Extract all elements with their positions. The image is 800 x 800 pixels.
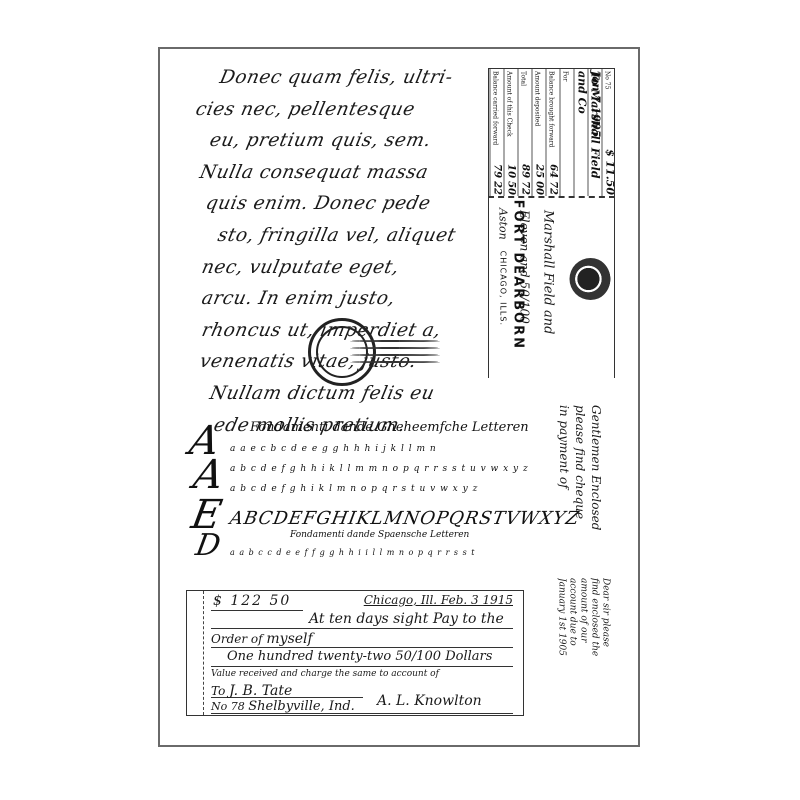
- ticket-bank-name: FORT DEARBORN: [510, 200, 525, 350]
- letter-line: cies nec, pellentesque: [189, 94, 486, 126]
- receipt-for-label: For: [561, 71, 568, 81]
- vertical-script-note: Gentlemen Enclosed please find cheque in…: [540, 405, 620, 565]
- letter-line: quis enim. Donec pede: [189, 188, 486, 220]
- bank-ticket: Marshall Field and Eleven and 50/100 Ast…: [488, 198, 615, 378]
- check-terms: At ten days sight Pay to the: [309, 611, 504, 627]
- specimen-row: a b c d e f g h h i k l l m m n o p q r …: [230, 464, 529, 474]
- receipt-dollars: $ 11.50: [603, 149, 615, 195]
- bank-seal-icon: [569, 258, 611, 300]
- ticket-payee: Marshall Field and: [540, 210, 555, 334]
- receipt-row: Balance carried forward 7922: [489, 68, 503, 198]
- ticket-city: CHICAGO, ILLS.: [498, 251, 507, 326]
- check-amount: $ 122 50: [213, 593, 291, 609]
- letter-line: Donec quam felis, ultri-: [189, 62, 486, 94]
- check-value-line: Value received and charge the same to ac…: [211, 669, 439, 679]
- letter-line: nec, vulputate eget,: [189, 252, 486, 284]
- check-amount-words: One hundred twenty-two 50/100 Dollars: [227, 649, 492, 664]
- receipt-row: Balance brought forward 6472: [545, 68, 559, 198]
- receipt-row: Amount deposited 2500: [531, 68, 545, 198]
- letter-line: sto, fringilla vel, aliquet: [189, 220, 486, 252]
- check-signature: A. L. Knowlton: [377, 693, 482, 709]
- specimen-row: a b c d e f g h i k l m n o p q r s t u …: [230, 484, 478, 494]
- check-place-date: Chicago, Ill. Feb. 3 1915: [364, 593, 513, 607]
- receipt-to: To Marshall Field and Co: [575, 71, 601, 195]
- specimen-subtitle: Fondamenti dande Spaensche Letteren: [290, 530, 469, 540]
- letter-line: arcu. In enim justo,: [189, 283, 486, 315]
- specimen-alphabet: ABCDEFGHIKLMNOPQRSTVWXYZ: [228, 508, 581, 529]
- ornate-capital: D: [193, 528, 223, 563]
- specimen-row: a a b c c d e e f f g g h h i i l l m n …: [230, 548, 475, 557]
- check-order: Order of myself: [211, 631, 313, 647]
- letter-line: Nulla consequat massa: [189, 157, 486, 189]
- receipt-row: Total 8972: [517, 68, 531, 198]
- vertical-script-letter: Dear sir please find enclosed the amount…: [548, 578, 618, 718]
- ticket-signature: Aston: [496, 208, 509, 240]
- bank-check: $ 122 50 Chicago, Ill. Feb. 3 1915 At te…: [186, 590, 524, 716]
- check-address: No 78 Shelbyville, Ind.: [211, 699, 355, 714]
- specimen-row: a a e c b c d e e g g h h h i j k l l m …: [230, 444, 437, 454]
- receipt-number: No 75: [603, 71, 610, 89]
- receipt-stub: No 75 $ 11.50 Jan 7 1905 To Marshall Fie…: [488, 68, 615, 198]
- calligraphy-specimen: A A E D Fondamenti dande Gheheemfche Let…: [190, 420, 510, 560]
- check-stub: [187, 591, 204, 715]
- postmark-cancel-lines: [350, 335, 440, 375]
- letter-line: eu, pretium quis, sem.: [189, 125, 486, 157]
- specimen-title: Fondamenti dande Gheheemfche Letteren: [250, 420, 529, 435]
- check-drawee: To J. B. Tate: [211, 683, 292, 699]
- receipt-row: Amount of this Check 1050: [503, 68, 517, 198]
